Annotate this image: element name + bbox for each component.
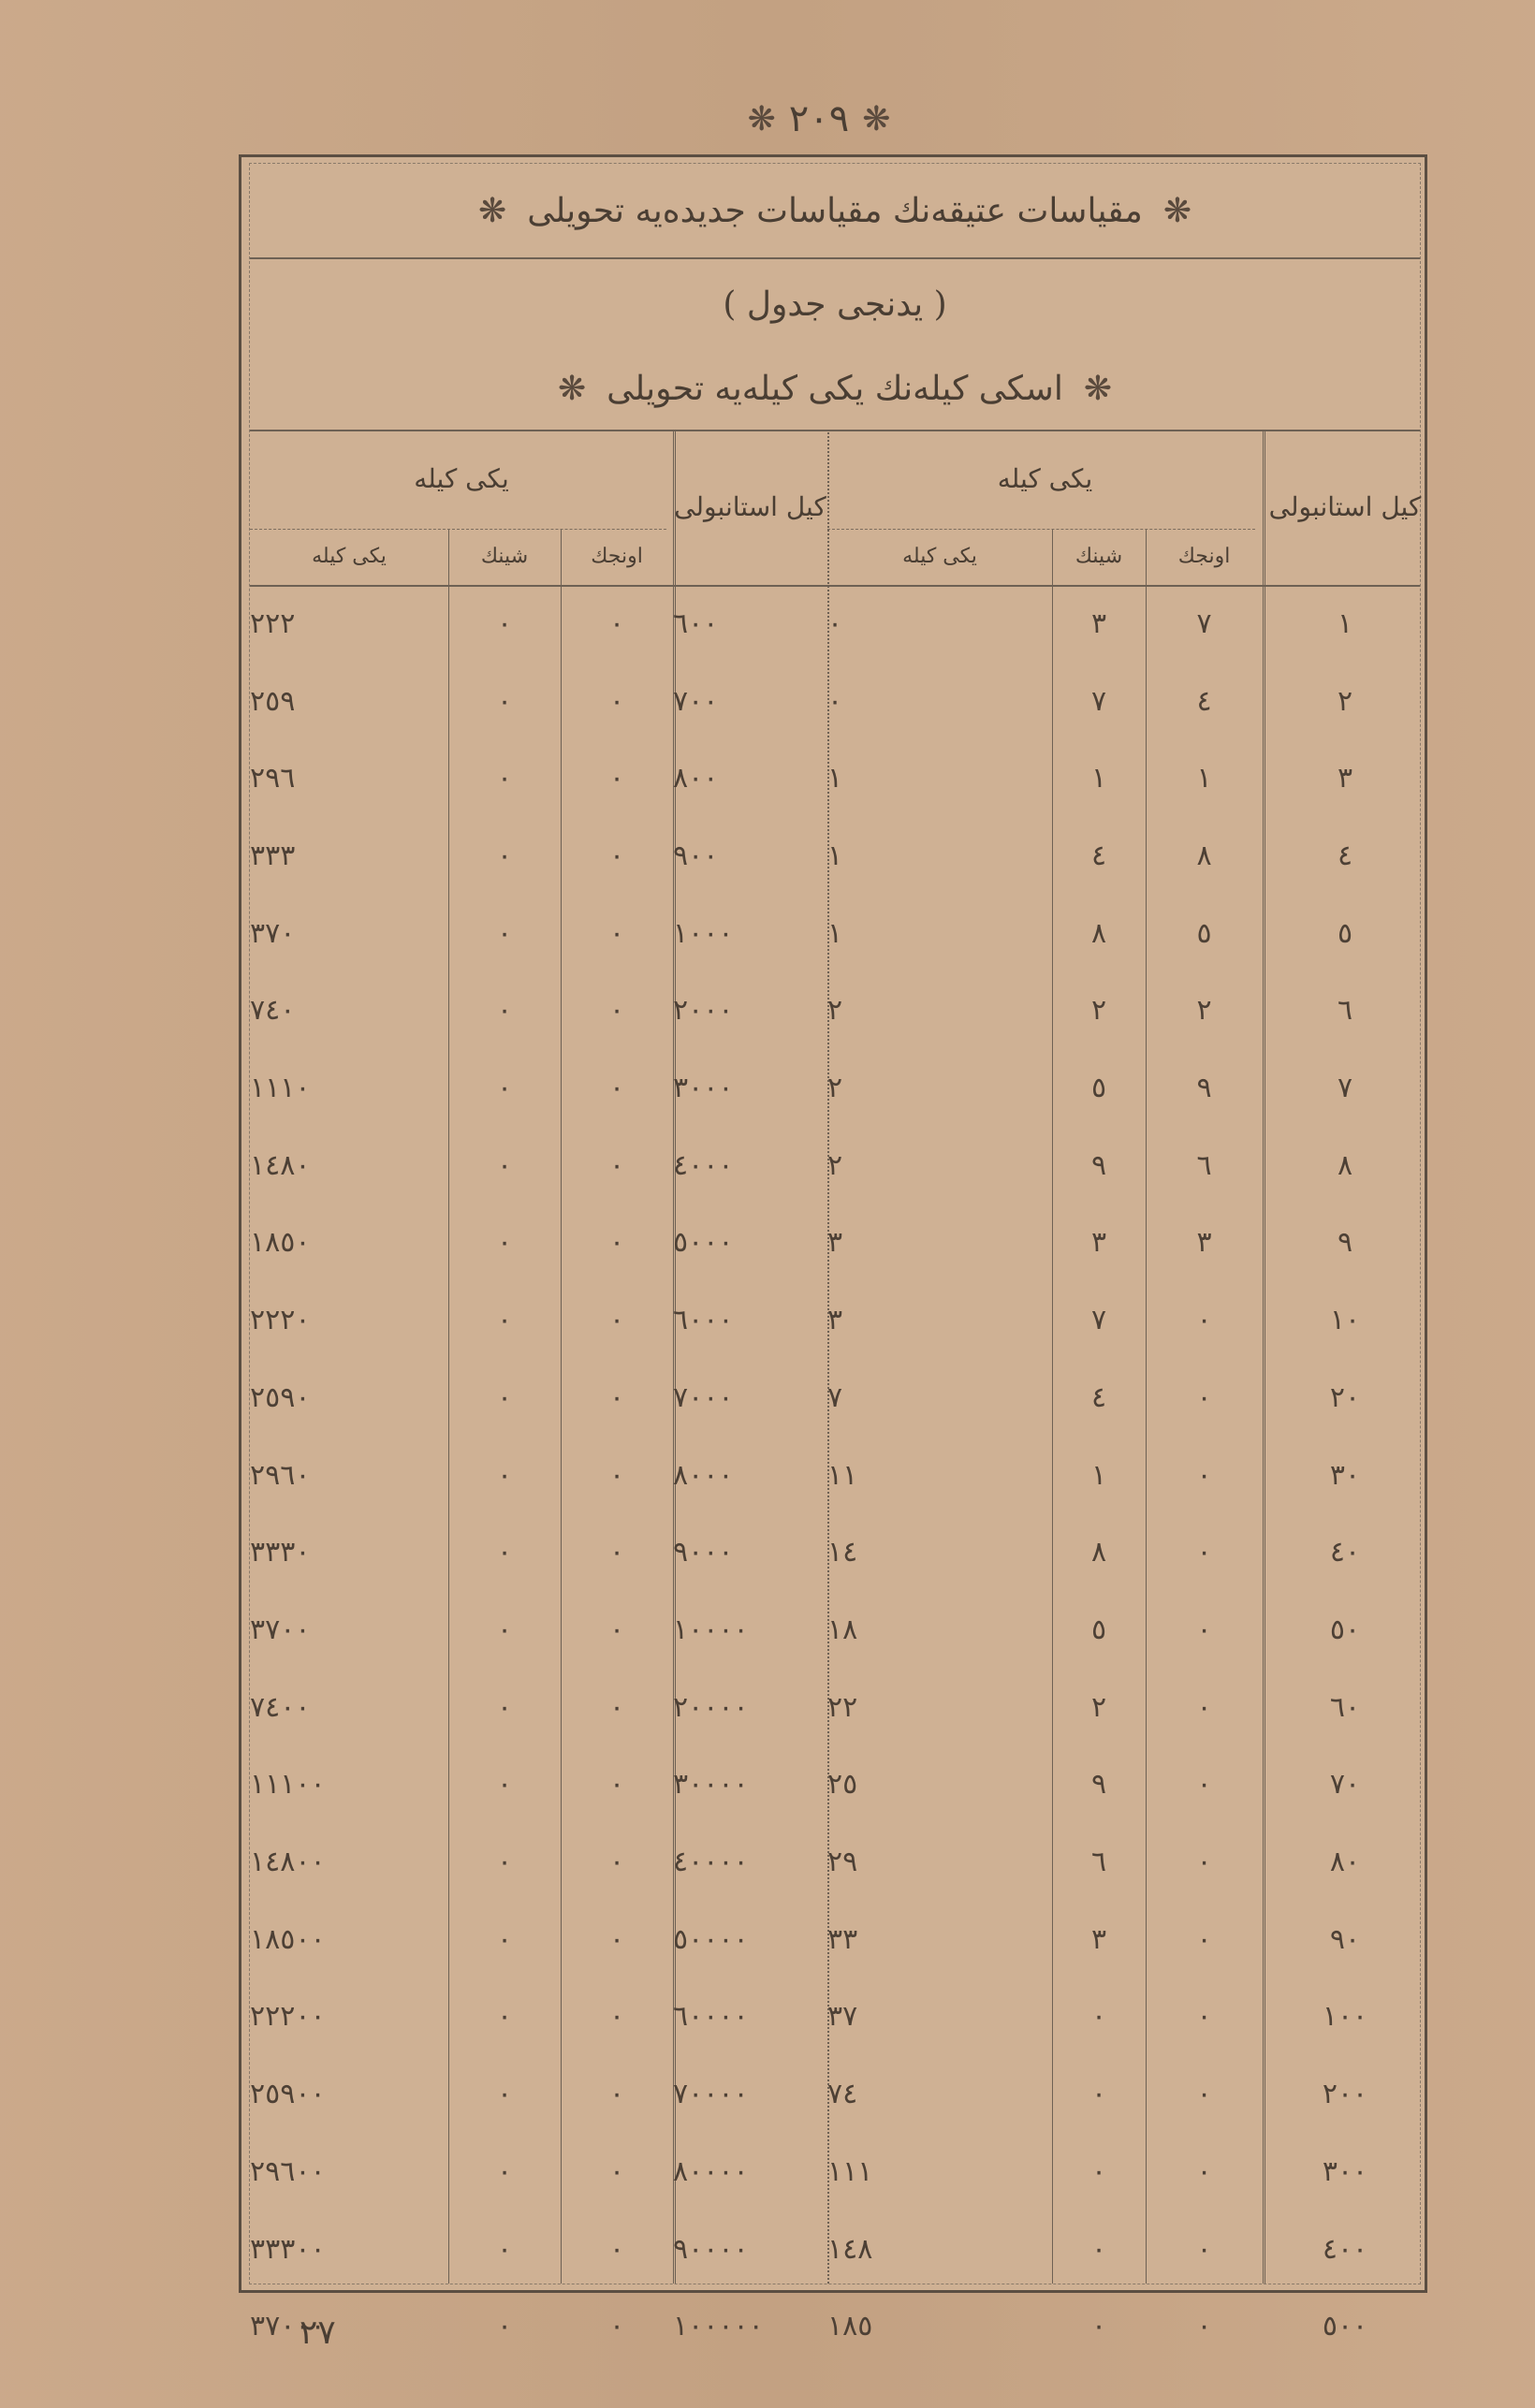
cell-shinik: ٣ xyxy=(1052,585,1146,663)
cell-yeni-kile: ٢ xyxy=(827,1049,1052,1127)
table-subtitle: ( يدنجى جدول ) xyxy=(250,267,1420,342)
cell-onjik-2: ٠ xyxy=(561,585,673,663)
cell-onjik: ٨ xyxy=(1146,817,1263,895)
table-row: ١٠٠٧٣٦٠٠٠٠٠٢٢٢٠ xyxy=(250,1281,1420,1359)
cell-yeni-kile: ٢٢ xyxy=(827,1669,1052,1746)
header-yeni-kile: يكى كيله xyxy=(827,529,1052,585)
table-row: ٧٠٠٩٢٥٣٠٠٠٠٠٠١١١٠٠ xyxy=(250,1746,1420,1824)
table-row: ٣٠٠١١١٨٠٠٠٠٠٢٩٦٠ xyxy=(250,1437,1420,1514)
cell-yeni-kile: ١ xyxy=(827,817,1052,895)
cell-shinik: ١ xyxy=(1052,739,1146,817)
cell-kile-istanbul: ١ xyxy=(1263,585,1427,663)
cell-onjik-2: ٠ xyxy=(561,1359,673,1437)
cell-onjik-2: ٠ xyxy=(561,972,673,1050)
cell-kile-istanbul: ١٠٠ xyxy=(1263,1978,1427,2056)
cell-kile-istanbul: ٢ xyxy=(1263,663,1427,740)
cell-onjik-2: ٠ xyxy=(561,663,673,740)
table-row: ٣١١١٨٠٠٠٠٢٩٦ xyxy=(250,739,1420,817)
cell-shinik-2: ٠ xyxy=(448,1591,561,1669)
cell-kile-istanbul: ١٠ xyxy=(1263,1281,1427,1359)
cell-yeni-kile: ٠ xyxy=(827,663,1052,740)
cell-shinik-2: ٠ xyxy=(448,1901,561,1978)
cell-yeni-kile: ١٨٥ xyxy=(827,2287,1052,2365)
cell-shinik-2: ٠ xyxy=(448,1127,561,1204)
cell-onjik: ١ xyxy=(1146,739,1263,817)
cell-onjik-2: ٠ xyxy=(561,1281,673,1359)
cell-yeni-kile: ١٤ xyxy=(827,1513,1052,1591)
header-yeni-kile-group-2: يكى كيله xyxy=(250,430,673,529)
cell-kile-istanbul: ٧ xyxy=(1263,1049,1427,1127)
cell-shinik-2: ٠ xyxy=(448,663,561,740)
cell-yeni-kile-2: ٧٤٠٠ xyxy=(250,1669,448,1746)
header-kile-istanbul-2: كيل استانبولى xyxy=(673,430,827,585)
cell-onjik-2: ٠ xyxy=(561,1901,673,1978)
cell-kile-istanbul-2: ١٠٠٠٠ xyxy=(673,1591,827,1669)
cell-yeni-kile: ١ xyxy=(827,739,1052,817)
cell-kile-istanbul-2: ٤٠٠٠ xyxy=(673,1127,827,1204)
cell-onjik: ٠ xyxy=(1146,1669,1263,1746)
cell-onjik-2: ٠ xyxy=(561,1978,673,2056)
cell-shinik: ٥ xyxy=(1052,1591,1146,1669)
cell-yeni-kile-2: ١٨٥٠٠ xyxy=(250,1901,448,1978)
cell-yeni-kile: ٣٧ xyxy=(827,1978,1052,2056)
cell-shinik-2: ٠ xyxy=(448,1204,561,1282)
cell-kile-istanbul: ٩٠ xyxy=(1263,1901,1427,1978)
cell-kile-istanbul: ٣٠ xyxy=(1263,1437,1427,1514)
cell-onjik: ٠ xyxy=(1146,1513,1263,1591)
cell-shinik-2: ٠ xyxy=(448,1746,561,1824)
cell-shinik-2: ٠ xyxy=(448,2287,561,2365)
cell-onjik-2: ٠ xyxy=(561,817,673,895)
cell-onjik-2: ٠ xyxy=(561,2211,673,2288)
cell-yeni-kile-2: ٧٤٠ xyxy=(250,972,448,1050)
cell-kile-istanbul-2: ٣٠٠٠ xyxy=(673,1049,827,1127)
table-row: ٦٢٢٢٢٠٠٠٠٠٧٤٠ xyxy=(250,972,1420,1050)
table-row: ٨٠٠٦٢٩٤٠٠٠٠٠٠١٤٨٠٠ xyxy=(250,1823,1420,1901)
cell-kile-istanbul-2: ٧٠٠٠ xyxy=(673,1359,827,1437)
table-row: ٥٥٨١١٠٠٠٠٠٣٧٠ xyxy=(250,895,1420,972)
cell-kile-istanbul: ٩ xyxy=(1263,1204,1427,1282)
cell-shinik-2: ٠ xyxy=(448,1513,561,1591)
cell-shinik: ٠ xyxy=(1052,2055,1146,2133)
cell-shinik: ٨ xyxy=(1052,1513,1146,1591)
cell-kile-istanbul-2: ١٠٠٠ xyxy=(673,895,827,972)
cell-onjik-2: ٠ xyxy=(561,2055,673,2133)
cell-yeni-kile-2: ١٨٥٠ xyxy=(250,1204,448,1282)
cell-kile-istanbul: ٨ xyxy=(1263,1127,1427,1204)
cell-kile-istanbul: ٥٠٠ xyxy=(1263,2287,1427,2365)
section-title: ❋ اسكى كيله‌نك يكى كيله‌يه تحويلى ❋ xyxy=(250,351,1420,426)
cell-onjik: ٢ xyxy=(1146,972,1263,1050)
table-row: ٩٠٠٣٣٣٥٠٠٠٠٠٠١٨٥٠٠ xyxy=(250,1901,1420,1978)
cell-kile-istanbul: ٦ xyxy=(1263,972,1427,1050)
cell-shinik: ٦ xyxy=(1052,1823,1146,1901)
table-row: ٢٤٧٠٧٠٠٠٠٢٥٩ xyxy=(250,663,1420,740)
cell-kile-istanbul: ٣ xyxy=(1263,739,1427,817)
cell-shinik: ٣ xyxy=(1052,1204,1146,1282)
table-row: ٦٠٠٢٢٢٢٠٠٠٠٠٠٧٤٠٠ xyxy=(250,1669,1420,1746)
cell-kile-istanbul: ٤٠٠ xyxy=(1263,2211,1427,2288)
cell-yeni-kile-2: ٣٣٣ xyxy=(250,817,448,895)
cell-shinik: ٨ xyxy=(1052,895,1146,972)
cell-onjik-2: ٠ xyxy=(561,739,673,817)
cell-yeni-kile-2: ٢٩٦٠٠ xyxy=(250,2133,448,2211)
cell-kile-istanbul: ٣٠٠ xyxy=(1263,2133,1427,2211)
cell-shinik-2: ٠ xyxy=(448,1437,561,1514)
cell-kile-istanbul-2: ٩٠٠٠٠ xyxy=(673,2211,827,2288)
table-row: ٣٠٠٠٠١١١٨٠٠٠٠٠٠٢٩٦٠٠ xyxy=(250,2133,1420,2211)
cell-shinik-2: ٠ xyxy=(448,1669,561,1746)
cell-shinik-2: ٠ xyxy=(448,2055,561,2133)
cell-yeni-kile: ١ xyxy=(827,895,1052,972)
cell-yeni-kile-2: ٣٧٠٠ xyxy=(250,1591,448,1669)
cell-onjik: ٠ xyxy=(1146,1359,1263,1437)
cell-kile-istanbul-2: ٢٠٠٠٠ xyxy=(673,1669,827,1746)
cell-yeni-kile: ٧٤ xyxy=(827,2055,1052,2133)
cell-onjik: ٠ xyxy=(1146,2211,1263,2288)
cell-yeni-kile-2: ٢٥٩٠٠ xyxy=(250,2055,448,2133)
header-yeni-kile-group: يكى كيله xyxy=(827,430,1263,529)
cell-kile-istanbul: ٥ xyxy=(1263,895,1427,972)
ornament-icon: ❋ xyxy=(558,370,586,408)
cell-onjik-2: ٠ xyxy=(561,1591,673,1669)
cell-yeni-kile: ٣ xyxy=(827,1204,1052,1282)
cell-kile-istanbul-2: ٨٠٠٠٠ xyxy=(673,2133,827,2211)
cell-yeni-kile-2: ١١١٠٠ xyxy=(250,1746,448,1824)
cell-onjik-2: ٠ xyxy=(561,2133,673,2211)
ornament-icon: ❋ xyxy=(748,100,776,139)
header-onjik-2: اونجك xyxy=(561,529,673,585)
table-row: ٤٨٤١٩٠٠٠٠٣٣٣ xyxy=(250,817,1420,895)
cell-kile-istanbul-2: ٩٠٠ xyxy=(673,817,827,895)
cell-onjik: ٠ xyxy=(1146,1823,1263,1901)
cell-onjik: ٠ xyxy=(1146,2133,1263,2211)
cell-kile-istanbul-2: ٦٠٠٠٠ xyxy=(673,1978,827,2056)
table-row: ٧٩٥٢٣٠٠٠٠٠١١١٠ xyxy=(250,1049,1420,1127)
cell-yeni-kile-2: ٣٧٠ xyxy=(250,895,448,972)
ornament-icon: ❋ xyxy=(1084,370,1112,408)
page-title: ❋ مقياسات عتيقه‌نك مقياسات جديده‌يه تحوي… xyxy=(250,164,1420,257)
conversion-table: ❋ مقياسات عتيقه‌نك مقياسات جديده‌يه تحوي… xyxy=(239,154,1427,2293)
cell-kile-istanbul-2: ٧٠٠٠٠ xyxy=(673,2055,827,2133)
cell-shinik: ٧ xyxy=(1052,663,1146,740)
cell-shinik-2: ٠ xyxy=(448,1823,561,1901)
cell-onjik-2: ٠ xyxy=(561,1127,673,1204)
cell-shinik: ٢ xyxy=(1052,1669,1146,1746)
table-row: ٢٠٠٠٠٧٤٧٠٠٠٠٠٠٢٥٩٠٠ xyxy=(250,2055,1420,2133)
cell-yeni-kile-2: ٢٩٦٠ xyxy=(250,1437,448,1514)
cell-yeni-kile: ٢ xyxy=(827,1127,1052,1204)
cell-onjik: ٠ xyxy=(1146,1901,1263,1978)
cell-onjik: ٠ xyxy=(1146,1437,1263,1514)
cell-kile-istanbul-2: ٥٠٠٠٠ xyxy=(673,1901,827,1978)
cell-shinik: ٥ xyxy=(1052,1049,1146,1127)
cell-yeni-kile-2: ٢٥٩ xyxy=(250,663,448,740)
cell-yeni-kile-2: ٣٣٣٠٠ xyxy=(250,2211,448,2288)
cell-onjik: ٦ xyxy=(1146,1127,1263,1204)
cell-kile-istanbul: ٤٠ xyxy=(1263,1513,1427,1591)
cell-shinik: ٠ xyxy=(1052,2133,1146,2211)
cell-yeni-kile-2: ٣٣٣٠ xyxy=(250,1513,448,1591)
cell-onjik: ٥ xyxy=(1146,895,1263,972)
cell-yeni-kile-2: ١٤٨٠٠ xyxy=(250,1823,448,1901)
table-row: ٢٠٠٤٧٧٠٠٠٠٠٢٥٩٠ xyxy=(250,1359,1420,1437)
cell-onjik: ٣ xyxy=(1146,1204,1263,1282)
cell-yeni-kile: ١١١ xyxy=(827,2133,1052,2211)
cell-shinik: ٤ xyxy=(1052,1359,1146,1437)
cell-yeni-kile: ٢ xyxy=(827,972,1052,1050)
cell-yeni-kile-2: ٢٢٢٠٠ xyxy=(250,1978,448,2056)
cell-onjik-2: ٠ xyxy=(561,1437,673,1514)
cell-kile-istanbul: ٧٠ xyxy=(1263,1746,1427,1824)
cell-onjik: ٠ xyxy=(1146,1978,1263,2056)
header-kile-istanbul: كيل استانبولى xyxy=(1263,430,1427,585)
cell-kile-istanbul-2: ٨٠٠٠ xyxy=(673,1437,827,1514)
cell-shinik: ٠ xyxy=(1052,2211,1146,2288)
cell-shinik: ٩ xyxy=(1052,1127,1146,1204)
cell-onjik: ٠ xyxy=(1146,2287,1263,2365)
cell-kile-istanbul-2: ٩٠٠٠ xyxy=(673,1513,827,1591)
cell-yeni-kile: ٣٣ xyxy=(827,1901,1052,1978)
cell-shinik-2: ٠ xyxy=(448,1978,561,2056)
cell-yeni-kile-2: ١١١٠ xyxy=(250,1049,448,1127)
cell-yeni-kile: ٠ xyxy=(827,585,1052,663)
cell-shinik: ٢ xyxy=(1052,972,1146,1050)
cell-yeni-kile-2: ٢٩٦ xyxy=(250,739,448,817)
cell-kile-istanbul-2: ٢٠٠٠ xyxy=(673,972,827,1050)
cell-yeni-kile-2: ٣٧٠٠٠ xyxy=(250,2287,448,2365)
cell-shinik: ٠ xyxy=(1052,1978,1146,2056)
cell-kile-istanbul-2: ١٠٠٠٠٠ xyxy=(673,2287,827,2365)
cell-kile-istanbul-2: ٨٠٠ xyxy=(673,739,827,817)
cell-yeni-kile-2: ٢٢٢ xyxy=(250,585,448,663)
ornament-icon: ❋ xyxy=(862,100,890,139)
cell-onjik: ٠ xyxy=(1146,2055,1263,2133)
header-onjik: اونجك xyxy=(1146,529,1263,585)
cell-kile-istanbul-2: ٦٠٠٠ xyxy=(673,1281,827,1359)
cell-shinik-2: ٠ xyxy=(448,739,561,817)
cell-shinik-2: ٠ xyxy=(448,972,561,1050)
ornament-icon: ❋ xyxy=(1163,192,1191,230)
table-row: ٤٠٠٠٠١٤٨٩٠٠٠٠٠٠٣٣٣٠٠ xyxy=(250,2211,1420,2288)
cell-kile-istanbul: ٢٠ xyxy=(1263,1359,1427,1437)
cell-onjik-2: ٠ xyxy=(561,1204,673,1282)
cell-onjik-2: ٠ xyxy=(561,1669,673,1746)
cell-onjik-2: ٠ xyxy=(561,1823,673,1901)
cell-yeni-kile: ٣ xyxy=(827,1281,1052,1359)
header-yeni-kile-2: يكى كيله xyxy=(250,529,448,585)
cell-shinik-2: ٠ xyxy=(448,1359,561,1437)
cell-kile-istanbul-2: ٦٠٠ xyxy=(673,585,827,663)
cell-shinik-2: ٠ xyxy=(448,2133,561,2211)
cell-shinik-2: ٠ xyxy=(448,895,561,972)
cell-onjik-2: ٠ xyxy=(561,2287,673,2365)
signature-mark: ٢٧ xyxy=(300,2313,336,2352)
header-shinik: شينك xyxy=(1052,529,1146,585)
table-row: ٥٠٠٥١٨١٠٠٠٠٠٠٣٧٠٠ xyxy=(250,1591,1420,1669)
page-number: ❋ ٢٠٩ ❋ xyxy=(711,86,927,152)
ornament-icon: ❋ xyxy=(478,192,506,230)
cell-onjik: ٠ xyxy=(1146,1281,1263,1359)
cell-shinik-2: ٠ xyxy=(448,1281,561,1359)
cell-yeni-kile-2: ١٤٨٠ xyxy=(250,1127,448,1204)
cell-onjik: ٤ xyxy=(1146,663,1263,740)
cell-yeni-kile: ٢٩ xyxy=(827,1823,1052,1901)
cell-onjik-2: ٠ xyxy=(561,1513,673,1591)
cell-shinik: ٣ xyxy=(1052,1901,1146,1978)
section-title-text: اسكى كيله‌نك يكى كيله‌يه تحويلى xyxy=(607,370,1063,408)
cell-yeni-kile-2: ٢٥٩٠ xyxy=(250,1359,448,1437)
cell-kile-istanbul-2: ٤٠٠٠٠ xyxy=(673,1823,827,1901)
cell-kile-istanbul: ٥٠ xyxy=(1263,1591,1427,1669)
cell-shinik: ٧ xyxy=(1052,1281,1146,1359)
cell-shinik-2: ٠ xyxy=(448,585,561,663)
table-row: ٤٠٠٨١٤٩٠٠٠٠٠٣٣٣٠ xyxy=(250,1513,1420,1591)
cell-yeni-kile: ١٨ xyxy=(827,1591,1052,1669)
cell-kile-istanbul: ٤ xyxy=(1263,817,1427,895)
cell-yeni-kile: ٧ xyxy=(827,1359,1052,1437)
table-row: ٩٣٣٣٥٠٠٠٠٠١٨٥٠ xyxy=(250,1204,1420,1282)
cell-kile-istanbul: ٨٠ xyxy=(1263,1823,1427,1901)
cell-yeni-kile: ٢٥ xyxy=(827,1746,1052,1824)
divider xyxy=(250,257,1420,259)
page-number-text: ٢٠٩ xyxy=(789,97,849,140)
cell-kile-istanbul: ٦٠ xyxy=(1263,1669,1427,1746)
cell-onjik: ٠ xyxy=(1146,1746,1263,1824)
title-text: مقياسات عتيقه‌نك مقياسات جديده‌يه تحويلى xyxy=(527,192,1143,230)
table-row: ١٧٣٠٦٠٠٠٠٢٢٢ xyxy=(250,585,1420,663)
cell-shinik-2: ٠ xyxy=(448,817,561,895)
cell-shinik: ٩ xyxy=(1052,1746,1146,1824)
cell-shinik: ١ xyxy=(1052,1437,1146,1514)
cell-shinik-2: ٠ xyxy=(448,1049,561,1127)
cell-kile-istanbul-2: ٥٠٠٠ xyxy=(673,1204,827,1282)
table-row: ٥٠٠٠٠١٨٥١٠٠٠٠٠٠٠٣٧٠٠٠ xyxy=(250,2287,1420,2365)
cell-onjik-2: ٠ xyxy=(561,895,673,972)
table-inner-frame: ❋ مقياسات عتيقه‌نك مقياسات جديده‌يه تحوي… xyxy=(249,163,1421,2284)
cell-yeni-kile: ١١ xyxy=(827,1437,1052,1514)
cell-shinik-2: ٠ xyxy=(448,2211,561,2288)
cell-onjik: ٧ xyxy=(1146,585,1263,663)
cell-onjik: ٠ xyxy=(1146,1591,1263,1669)
cell-kile-istanbul-2: ٧٠٠ xyxy=(673,663,827,740)
cell-kile-istanbul: ٢٠٠ xyxy=(1263,2055,1427,2133)
cell-onjik-2: ٠ xyxy=(561,1746,673,1824)
table-row: ١٠٠٠٠٣٧٦٠٠٠٠٠٠٢٢٢٠٠ xyxy=(250,1978,1420,2056)
cell-onjik: ٩ xyxy=(1146,1049,1263,1127)
cell-shinik: ٤ xyxy=(1052,817,1146,895)
table-row: ٨٦٩٢٤٠٠٠٠٠١٤٨٠ xyxy=(250,1127,1420,1204)
cell-shinik: ٠ xyxy=(1052,2287,1146,2365)
header-shinik-2: شينك xyxy=(448,529,561,585)
cell-yeni-kile: ١٤٨ xyxy=(827,2211,1052,2288)
cell-yeni-kile-2: ٢٢٢٠ xyxy=(250,1281,448,1359)
cell-kile-istanbul-2: ٣٠٠٠٠ xyxy=(673,1746,827,1824)
cell-onjik-2: ٠ xyxy=(561,1049,673,1127)
